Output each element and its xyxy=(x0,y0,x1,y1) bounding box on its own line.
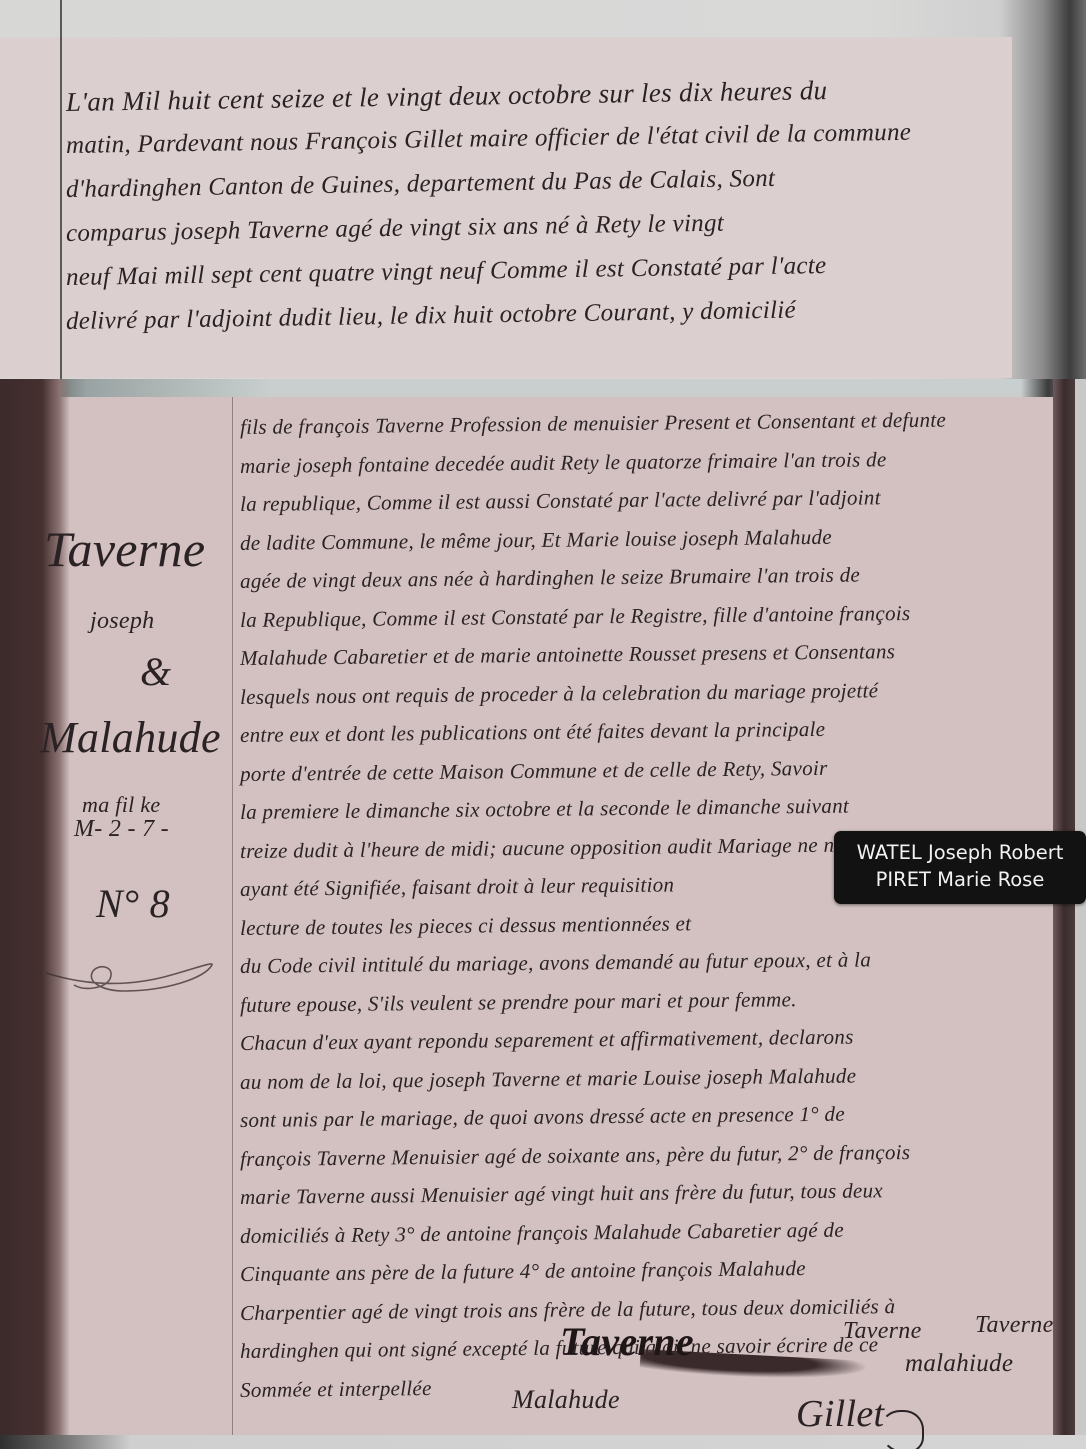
margin-rule-bottom xyxy=(232,397,233,1435)
flourish-icon xyxy=(44,955,224,1005)
scan-divider xyxy=(0,379,1086,397)
signature-witness-1: Taverne xyxy=(843,1318,922,1345)
record-text-top: L'an Mil huit cent seize et le vingt deu… xyxy=(66,80,1076,344)
margin-rule-top xyxy=(60,0,62,379)
name-tooltip: WATEL Joseph Robert PIRET Marie Rose xyxy=(834,831,1086,904)
signature-groom: Taverne xyxy=(560,1318,694,1365)
signature-witness-3: malahiude xyxy=(905,1350,1013,1378)
tooltip-bride-name: PIRET Marie Rose xyxy=(834,866,1086,893)
margin-surname: Taverne xyxy=(44,520,205,578)
page-edge-right xyxy=(1075,379,1086,1449)
signature-flourish-icon xyxy=(880,1410,924,1449)
margin-note-line-1: ma fil ke xyxy=(82,792,160,818)
tooltip-groom-name: WATEL Joseph Robert xyxy=(834,839,1086,866)
record-number: N° 8 xyxy=(96,880,170,927)
margin-given-name: joseph xyxy=(90,608,154,635)
margin-ampersand: & xyxy=(140,648,171,695)
margin-note-line-2: M- 2 - 7 - xyxy=(74,816,169,843)
signature-witness-2: Taverne xyxy=(975,1312,1054,1339)
signature-mayor: Gillet xyxy=(796,1392,884,1436)
signature-witness-4: Malahude xyxy=(512,1385,620,1415)
margin-surname-2: Malahude xyxy=(40,712,221,763)
record-text-body: fils de françois Taverne Profession de m… xyxy=(240,408,1070,1409)
